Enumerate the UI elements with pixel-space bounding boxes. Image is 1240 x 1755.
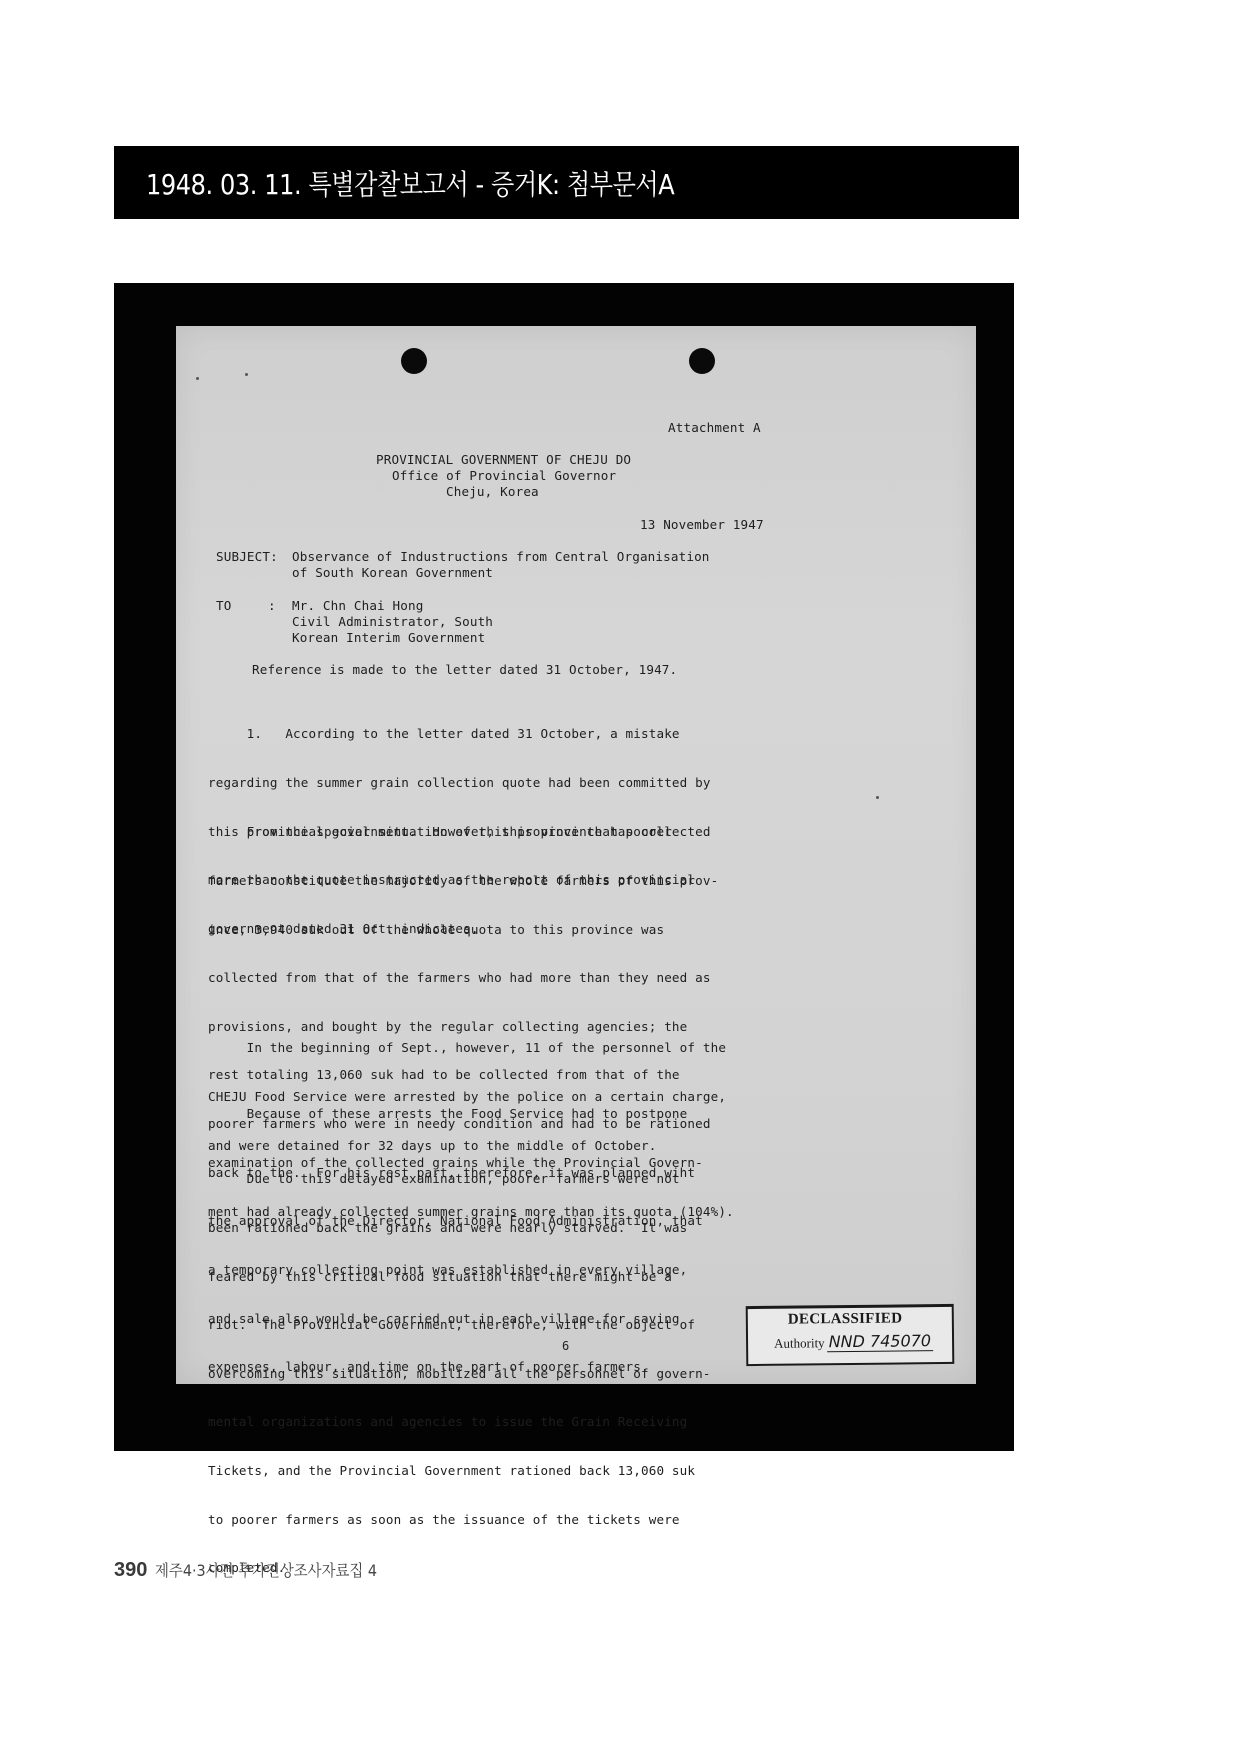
paragraph-line: collected from that of the farmers who h… (208, 970, 718, 986)
footer-page-number: 390 (114, 1559, 147, 1582)
attachment-label: Attachment A (668, 420, 761, 436)
document-photo-frame: Attachment A PROVINCIAL GOVERNMENT OF CH… (114, 283, 1014, 1451)
speck-mark-icon (196, 377, 199, 380)
letterhead-line-2: Office of Provincial Governor (392, 468, 616, 484)
speck-mark-icon (876, 796, 879, 799)
punch-hole-right-icon (689, 348, 715, 374)
document-page-number: 6 (562, 1339, 569, 1353)
paragraph-line: Tickets, and the Provincial Government r… (208, 1463, 711, 1479)
subject-line-2: of South Korean Government (292, 565, 493, 581)
section-title: 1948. 03. 11. 특별감찰보고서 - 증거K: 첨부문서A (146, 163, 674, 203)
paragraph-5: Due to this delayed examination, poorer … (208, 1139, 711, 1609)
speck-mark-icon (245, 373, 248, 376)
paragraph-line: been rationed back the grains and were n… (208, 1220, 711, 1236)
paragraph-line: riot. The Provincial Government, therefo… (208, 1317, 711, 1333)
paragraph-line: to poorer farmers as soon as the issuanc… (208, 1512, 711, 1528)
paragraph-line: ince, 3,940 suk out of the whole quota t… (208, 922, 718, 938)
to-line-3: Korean Interim Government (292, 630, 485, 646)
subject-line-1: Observance of Industructions from Centra… (292, 549, 710, 565)
subject-label: SUBJECT: (216, 549, 278, 565)
paragraph-line: feared by this critical food situation t… (208, 1269, 711, 1285)
stamp-authority-number: NND 745070 (827, 1331, 934, 1352)
paragraph-line: In the beginning of Sept., however, 11 o… (208, 1040, 726, 1056)
paragraph-line: regarding the summer grain collection qu… (208, 775, 711, 791)
stamp-title: DECLASSIFIED (788, 1310, 903, 1328)
punch-hole-left-icon (401, 348, 427, 374)
stamp-authority: AuthorityNND 745070 (774, 1331, 933, 1353)
document-date: 13 November 1947 (640, 517, 764, 533)
footer-book-title: 제주4·3사건 추가진상조사자료집 4 (155, 1558, 377, 1581)
to-colon: : (268, 598, 276, 614)
to-label: TO (216, 598, 231, 614)
declassified-stamp: DECLASSIFIED AuthorityNND 745070 (746, 1304, 955, 1366)
paragraph-line: farmers constitute the majority of the w… (208, 873, 718, 889)
to-line-1: Mr. Chn Chai Hong (292, 598, 423, 614)
page-footer: 390 제주4·3사건 추가진상조사자료집 4 (114, 1558, 402, 1582)
section-title-bar: 1948. 03. 11. 특별감찰보고서 - 증거K: 첨부문서A (114, 146, 1019, 219)
paragraph-line: Due to this delayed examination, poorer … (208, 1171, 711, 1187)
paragraph-line: overcoming this situation, mobilized all… (208, 1366, 711, 1382)
paragraph-line: From the special situation of this provi… (208, 824, 718, 840)
paragraph-line: mental organizations and agencies to iss… (208, 1414, 711, 1430)
scanned-document-page: Attachment A PROVINCIAL GOVERNMENT OF CH… (176, 326, 976, 1384)
reference-line: Reference is made to the letter dated 31… (252, 662, 677, 678)
to-line-2: Civil Administrator, South (292, 614, 493, 630)
paragraph-line: 1. According to the letter dated 31 Octo… (208, 726, 711, 742)
paragraph-line: Because of these arrests the Food Servic… (208, 1106, 734, 1122)
stamp-authority-label: Authority (774, 1335, 825, 1351)
letterhead-line-1: PROVINCIAL GOVERNMENT OF CHEJU DO (376, 452, 631, 468)
letterhead-line-3: Cheju, Korea (446, 484, 539, 500)
